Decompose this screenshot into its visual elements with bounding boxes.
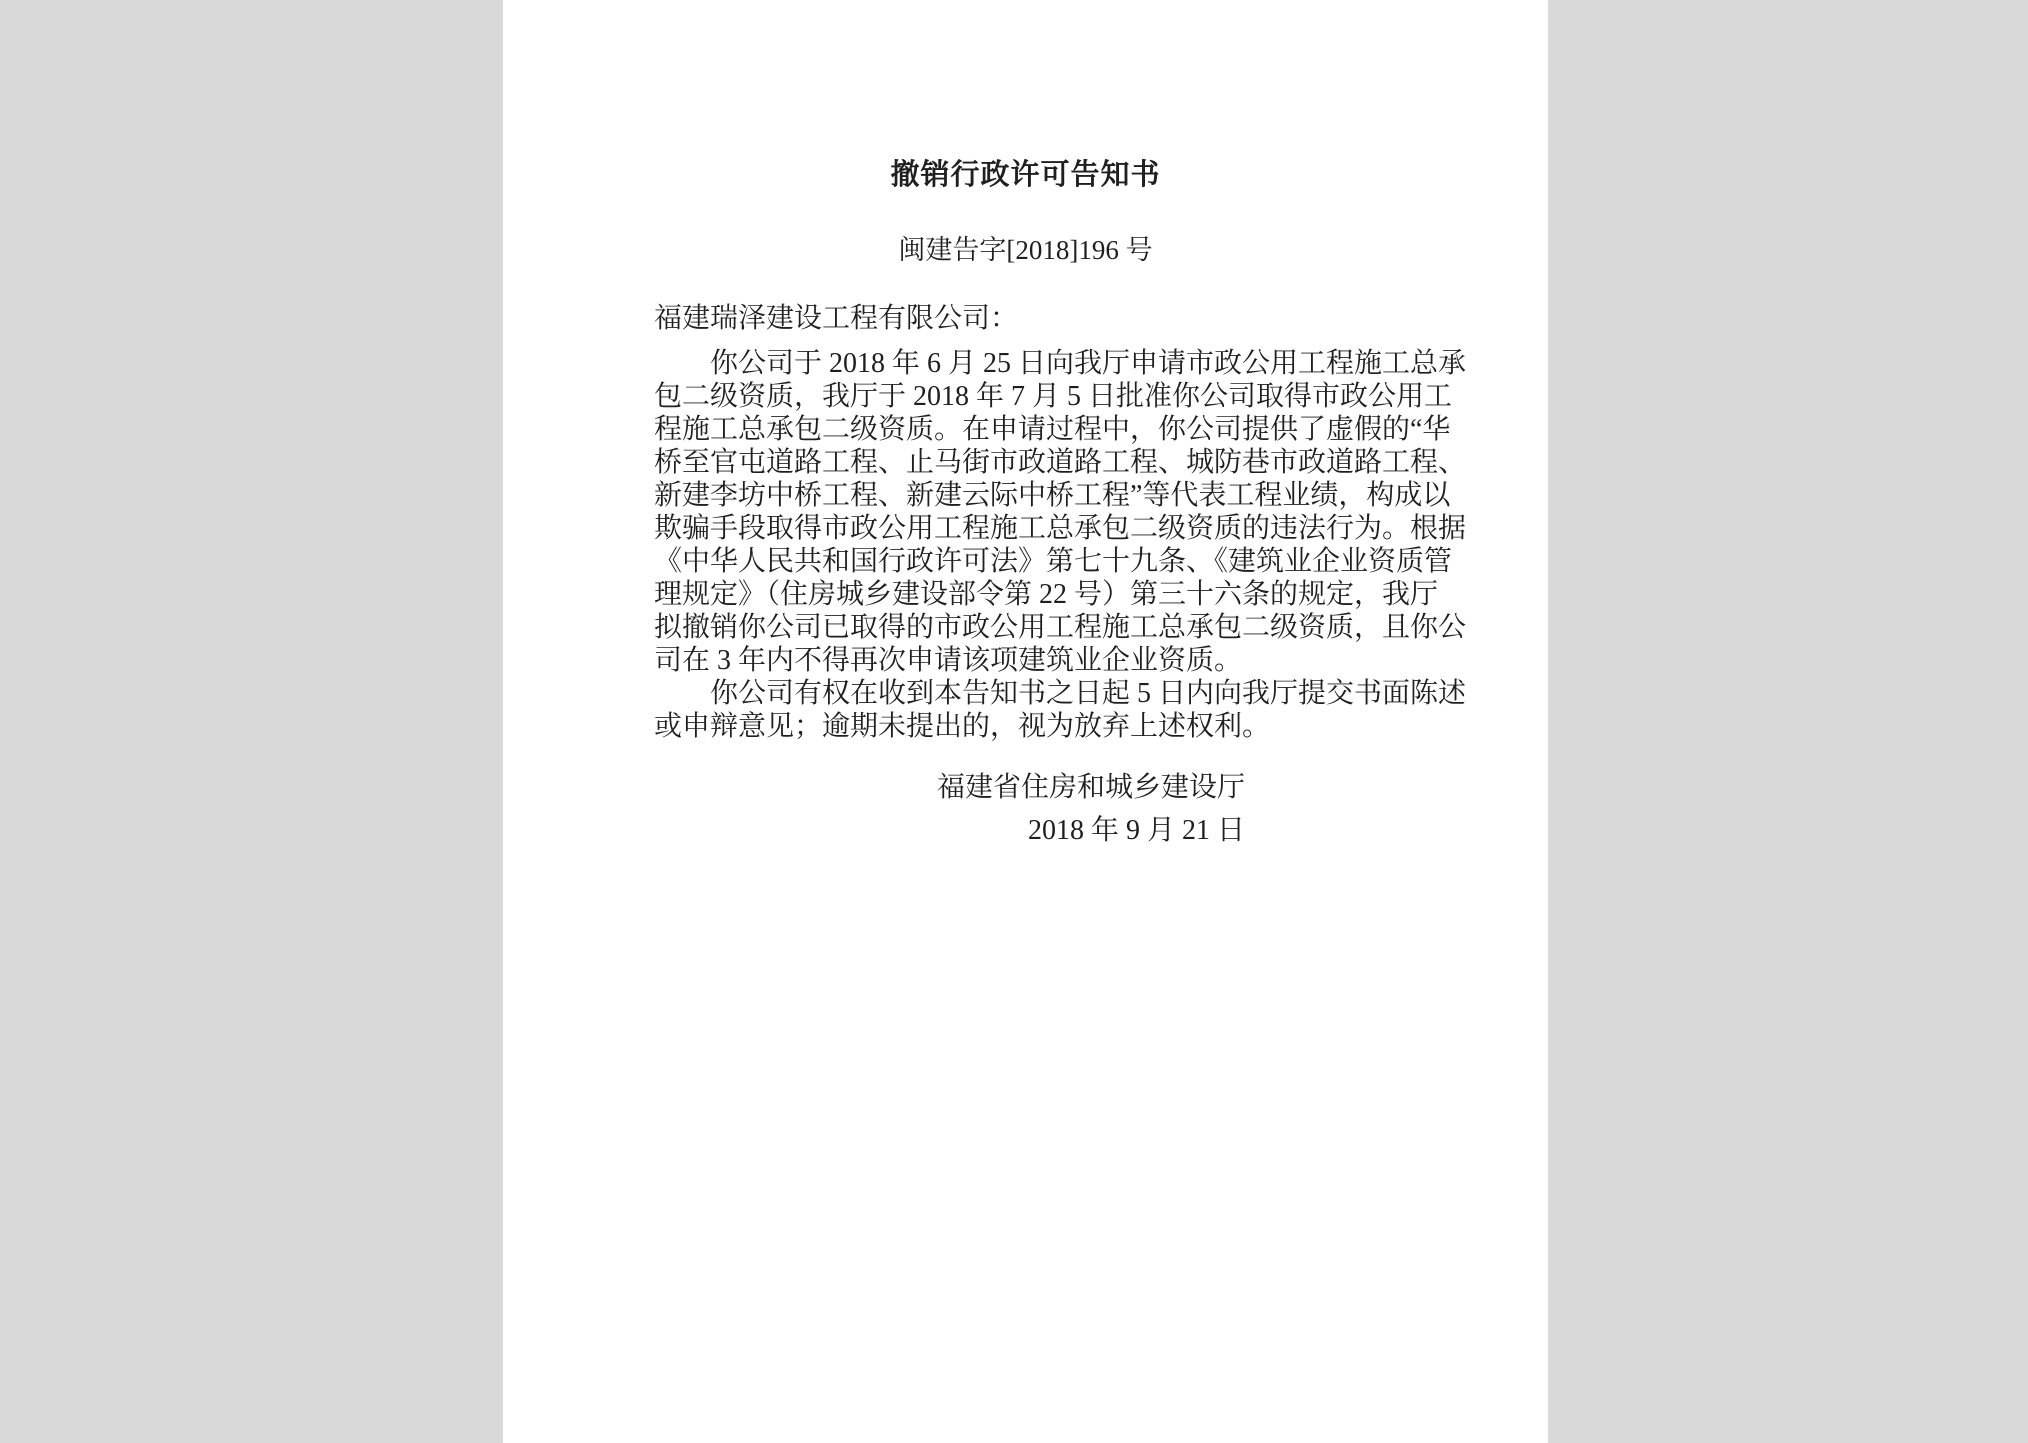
body-line: 欺骗手段取得市政公用工程施工总承包二级资质的违法行为。根据 (654, 512, 1430, 545)
issuing-authority: 福建省住房和城乡建设厅 (654, 771, 1245, 804)
body-line: 你公司于 2018 年 6 月 25 日向我厅申请市政公用工程施工总承 (654, 347, 1430, 380)
body-line: 拟撤销你公司已取得的市政公用工程施工总承包二级资质，且你公 (654, 611, 1430, 644)
body-line: 理规定》（住房城乡建设部令第 22 号）第三十六条的规定，我厅 (654, 578, 1430, 611)
body-line: 司在 3 年内不得再次申请该项建筑业企业资质。 (654, 644, 1430, 677)
document-body: 福建瑞泽建设工程有限公司： 你公司于 2018 年 6 月 25 日向我厅申请市… (503, 302, 1548, 847)
body-line: 程施工总承包二级资质。在申请过程中，你公司提供了虚假的“华 (654, 413, 1430, 446)
body-paragraphs: 你公司于 2018 年 6 月 25 日向我厅申请市政公用工程施工总承 包二级资… (654, 347, 1430, 743)
body-line: 或申辩意见；逾期未提出的，视为放弃上述权利。 (654, 710, 1430, 743)
document-title: 撤销行政许可告知书 (503, 0, 1548, 192)
body-line: 包二级资质，我厅于 2018 年 7 月 5 日批准你公司取得市政公用工 (654, 380, 1430, 413)
recipient-salutation: 福建瑞泽建设工程有限公司： (654, 302, 1430, 335)
signature-block: 福建省住房和城乡建设厅 2018 年 9 月 21 日 (654, 771, 1430, 847)
body-line: 桥至官屯道路工程、止马街市政道路工程、城防巷市政道路工程、 (654, 446, 1430, 479)
body-line: 你公司有权在收到本告知书之日起 5 日内向我厅提交书面陈述 (654, 677, 1430, 710)
body-line: 新建李坊中桥工程、新建云际中桥工程”等代表工程业绩，构成以 (654, 479, 1430, 512)
document-page: 撤销行政许可告知书 闽建告字[2018]196 号 福建瑞泽建设工程有限公司： … (503, 0, 1548, 1443)
body-line: 《中华人民共和国行政许可法》第七十九条、《建筑业企业资质管 (654, 545, 1430, 578)
document-number: 闽建告字[2018]196 号 (503, 236, 1548, 266)
screenshot-canvas: 撤销行政许可告知书 闽建告字[2018]196 号 福建瑞泽建设工程有限公司： … (0, 0, 2028, 1443)
issue-date: 2018 年 9 月 21 日 (654, 814, 1245, 847)
